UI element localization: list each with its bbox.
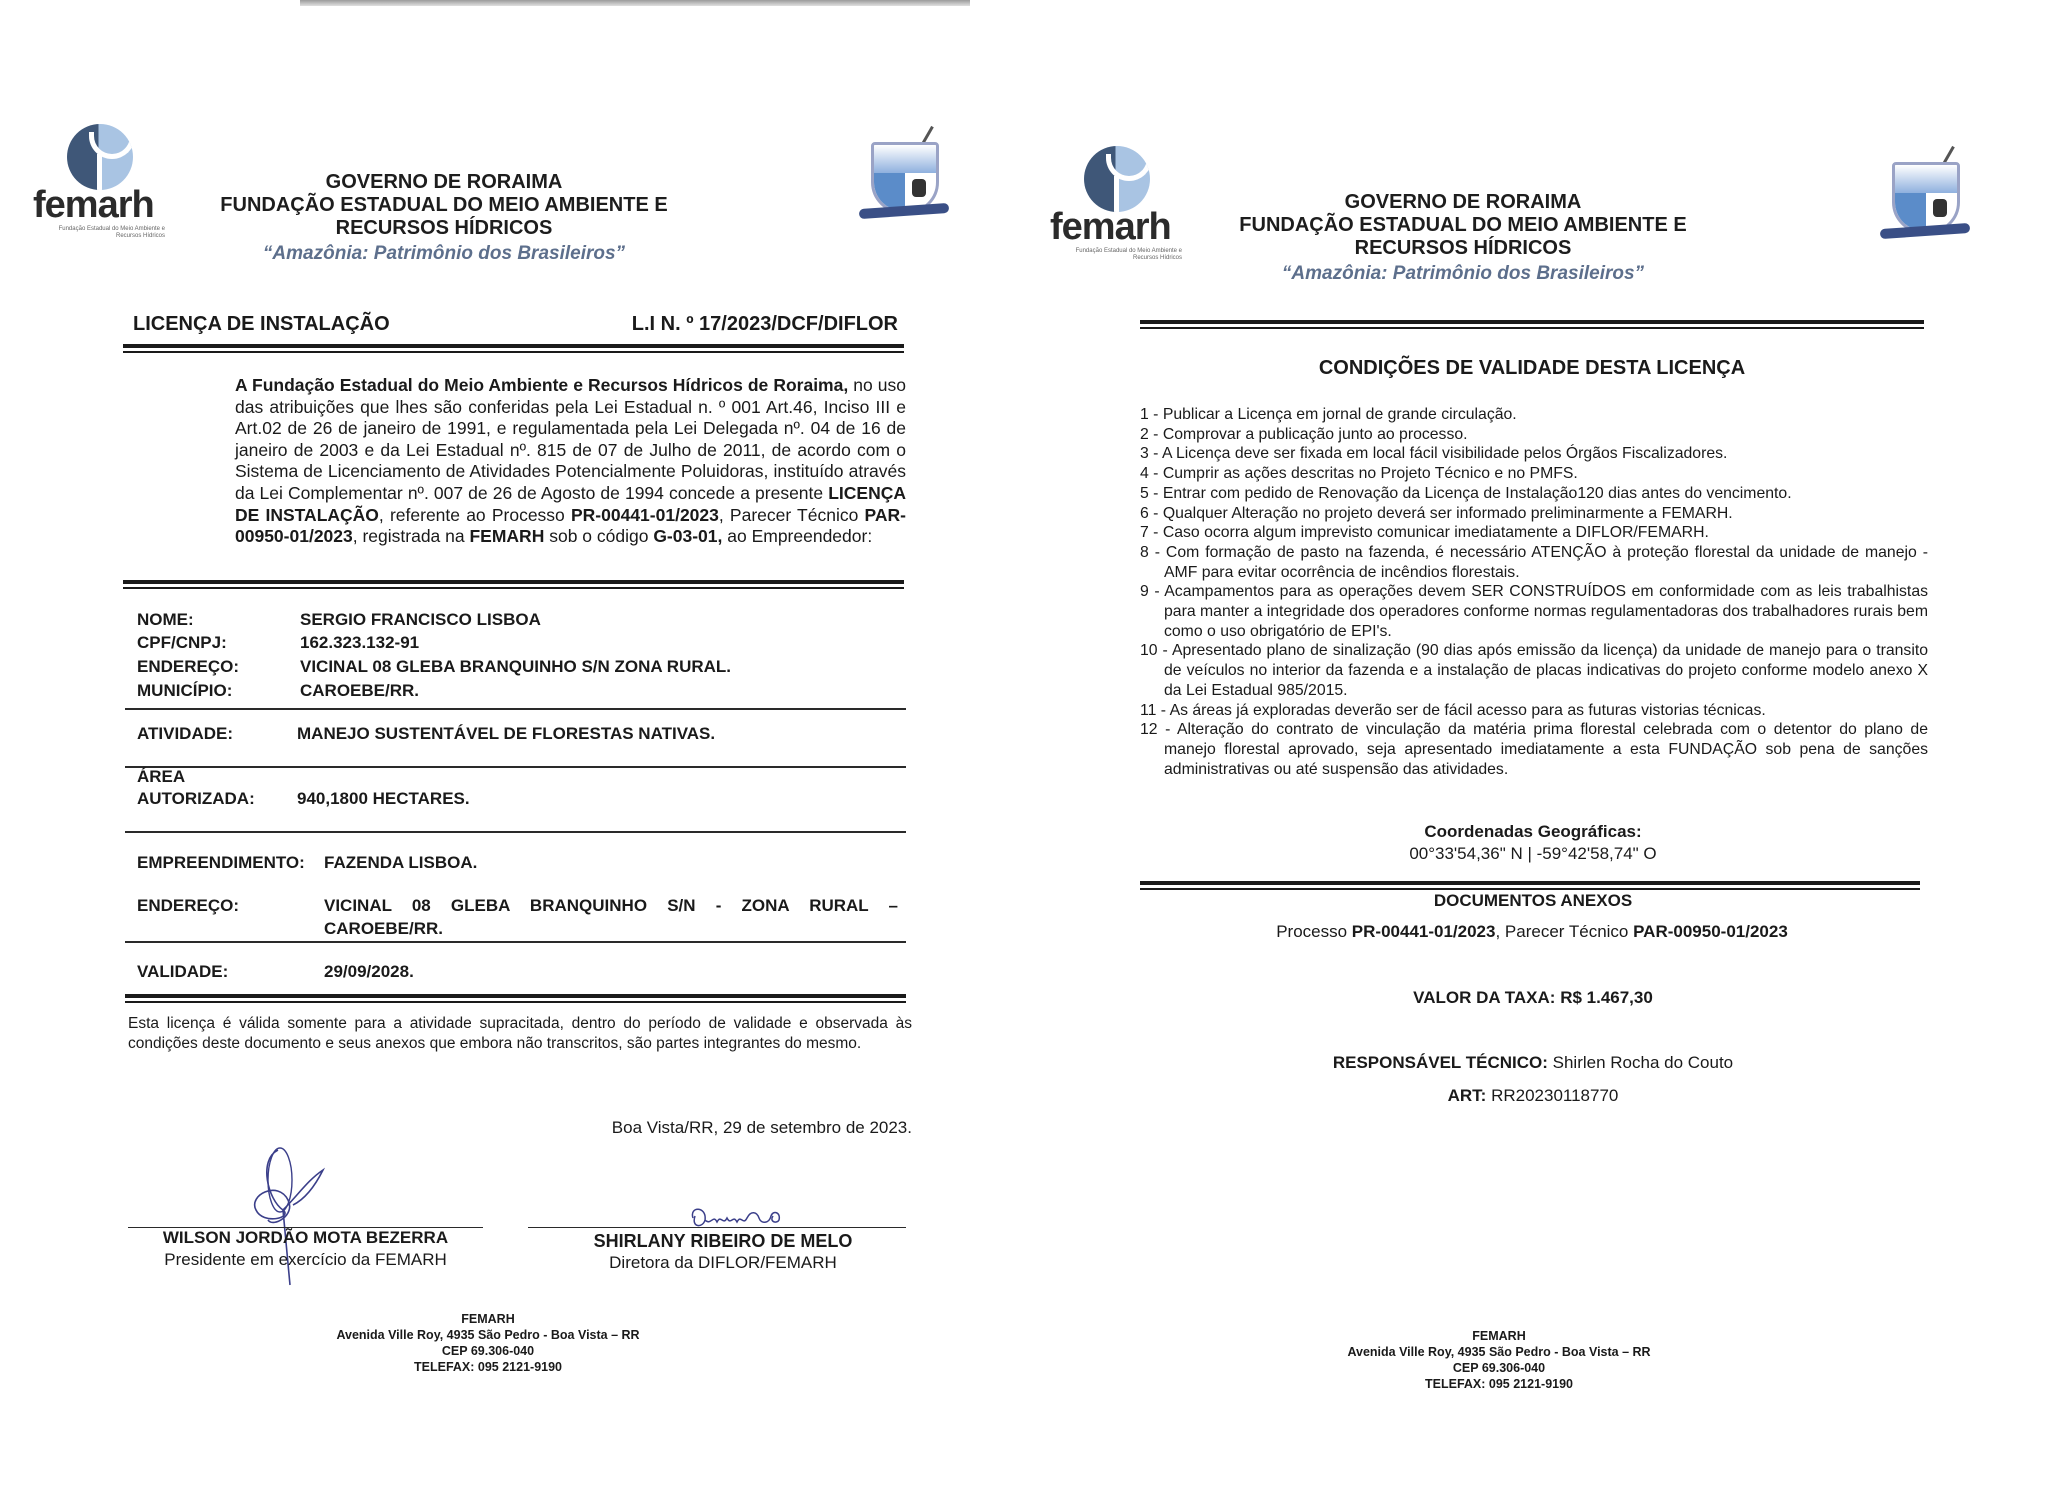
signatory-title: Presidente em exercício da FEMARH [128, 1250, 483, 1270]
enterprise-address-value: VICINAL 08 GLEBA BRANQUINHO S/N - ZONA R… [324, 896, 898, 916]
divider [125, 708, 906, 710]
coordinates-value: 00°33'54,36" N | -59°42'58,74" O [1233, 844, 1833, 864]
condition-item: 12 - Alteração do contrato de vinculação… [1140, 720, 1928, 779]
address-value: VICINAL 08 GLEBA BRANQUINHO S/N ZONA RUR… [300, 657, 731, 677]
double-divider [125, 994, 906, 1002]
activity-label: ATIVIDADE: [137, 724, 233, 744]
header-government: GOVERNO DE RORAIMA [1183, 191, 1743, 214]
double-divider [1140, 881, 1920, 889]
condition-item: 9 - Acampamentos para as operações devem… [1140, 582, 1928, 641]
fee: VALOR DA TAXA: R$ 1.467,30 [1233, 988, 1833, 1008]
header-foundation-2: RECURSOS HÍDRICOS [1183, 237, 1743, 260]
conditions-list: 1 - Publicar a Licença em jornal de gran… [1140, 405, 1928, 779]
fee-value: R$ 1.467,30 [1560, 988, 1653, 1007]
place-date: Boa Vista/RR, 29 de setembro de 2023. [612, 1118, 912, 1138]
header-foundation-2: RECURSOS HÍDRICOS [164, 217, 724, 240]
condition-item: 2 - Comprovar a publicação junto ao proc… [1140, 425, 1928, 445]
page-header: GOVERNO DE RORAIMA FUNDAÇÃO ESTADUAL DO … [1183, 191, 1743, 285]
femarh-logo: femarh Fundação Estadual do Meio Ambient… [1050, 146, 1184, 258]
header-motto: “Amazônia: Patrimônio dos Brasileiros” [164, 242, 724, 265]
condition-item: 3 - A Licença deve ser fixada em local f… [1140, 444, 1928, 464]
condition-item: 5 - Entrar com pedido de Renovação da Li… [1140, 484, 1928, 504]
condition-item: 6 - Qualquer Alteração no projeto deverá… [1140, 504, 1928, 524]
roraima-coat-of-arms-icon [1876, 144, 1974, 256]
header-foundation: FUNDAÇÃO ESTADUAL DO MEIO AMBIENTE E [1183, 214, 1743, 237]
scan-edge-artifact [300, 0, 970, 6]
coordinates-label: Coordenadas Geográficas: [1233, 822, 1833, 842]
area-value: 940,1800 HECTARES. [297, 789, 470, 809]
signatory-title: Diretora da DIFLOR/FEMARH [528, 1253, 918, 1273]
condition-item: 7 - Caso ocorra algum imprevisto comunic… [1140, 523, 1928, 543]
condition-item: 11 - As áreas já exploradas deverão ser … [1140, 701, 1928, 721]
signatory-name: WILSON JORDÃO MOTA BEZERRA [128, 1228, 483, 1248]
signature-line [528, 1227, 906, 1228]
condition-item: 10 - Apresentado plano de sinalização (9… [1140, 641, 1928, 700]
divider [125, 941, 906, 943]
name-value: SERGIO FRANCISCO LISBOA [300, 610, 541, 630]
cpf-value: 162.323.132-91 [300, 633, 419, 653]
header-foundation: FUNDAÇÃO ESTADUAL DO MEIO AMBIENTE E [164, 194, 724, 217]
document-title: LICENÇA DE INSTALAÇÃO [133, 313, 390, 336]
page-footer: FEMARH Avenida Ville Roy, 4935 São Pedro… [278, 1311, 698, 1375]
condition-item: 1 - Publicar a Licença em jornal de gran… [1140, 405, 1928, 425]
enterprise-address-label: ENDEREÇO: [137, 896, 239, 916]
roraima-coat-of-arms-icon [855, 124, 953, 236]
double-divider [1140, 320, 1924, 328]
signature-shirlany-icon [685, 1204, 795, 1234]
conditions-title: CONDIÇÕES DE VALIDADE DESTA LICENÇA [1140, 357, 1924, 380]
address-label: ENDEREÇO: [137, 657, 239, 677]
header-motto: “Amazônia: Patrimônio dos Brasileiros” [1183, 262, 1743, 285]
divider [125, 831, 906, 833]
page-header: GOVERNO DE RORAIMA FUNDAÇÃO ESTADUAL DO … [164, 171, 724, 265]
logo-wordmark: femarh [33, 184, 154, 227]
page-footer: FEMARH Avenida Ville Roy, 4935 São Pedro… [1289, 1328, 1709, 1392]
logo-subtitle: Fundação Estadual do Meio Ambiente e Rec… [1052, 248, 1182, 262]
logo-subtitle: Fundação Estadual do Meio Ambiente e Rec… [35, 226, 165, 240]
double-divider [123, 344, 904, 352]
signatory-name: SHIRLANY RIBEIRO DE MELO [528, 1231, 918, 1252]
city-value: CAROEBE/RR. [300, 681, 419, 701]
header-government: GOVERNO DE RORAIMA [164, 171, 724, 194]
validity-value: 29/09/2028. [324, 962, 414, 982]
logo-wordmark: femarh [1050, 206, 1171, 249]
technical-responsible: RESPONSÁVEL TÉCNICO: Shirlen Rocha do Co… [1233, 1053, 1833, 1073]
name-label: NOME: [137, 610, 194, 630]
fee-label: VALOR DA TAXA: [1413, 988, 1555, 1007]
city-label: MUNICÍPIO: [137, 681, 232, 701]
femarh-leaf-icon [67, 124, 133, 190]
enterprise-address-value-2: CAROEBE/RR. [324, 919, 443, 939]
enterprise-label: EMPREENDIMENTO: [137, 853, 305, 873]
annexes-documents: Processo PR-00441-01/2023, Parecer Técni… [1140, 922, 1924, 942]
condition-item: 8 - Com formação de pasto na fazenda, é … [1140, 543, 1928, 582]
enterprise-value: FAZENDA LISBOA. [324, 853, 477, 873]
annexes-title: DOCUMENTOS ANEXOS [1233, 891, 1833, 911]
divider [125, 766, 906, 768]
area-label: ÁREA [137, 767, 185, 787]
activity-value: MANEJO SUSTENTÁVEL DE FLORESTAS NATIVAS. [297, 724, 715, 744]
femarh-leaf-icon [1084, 146, 1150, 212]
femarh-logo: femarh Fundação Estadual do Meio Ambient… [33, 124, 167, 236]
condition-item: 4 - Cumprir as ações descritas no Projet… [1140, 464, 1928, 484]
license-intro-paragraph: A Fundação Estadual do Meio Ambiente e R… [235, 375, 906, 548]
art-number: ART: RR20230118770 [1233, 1086, 1833, 1106]
area-label-2: AUTORIZADA: [137, 789, 255, 809]
license-number: L.I N. º 17/2023/DCF/DIFLOR [632, 313, 898, 336]
validity-note: Esta licença é válida somente para a ati… [128, 1014, 912, 1054]
validity-label: VALIDADE: [137, 962, 228, 982]
cpf-label: CPF/CNPJ: [137, 633, 227, 653]
double-divider [123, 580, 904, 588]
